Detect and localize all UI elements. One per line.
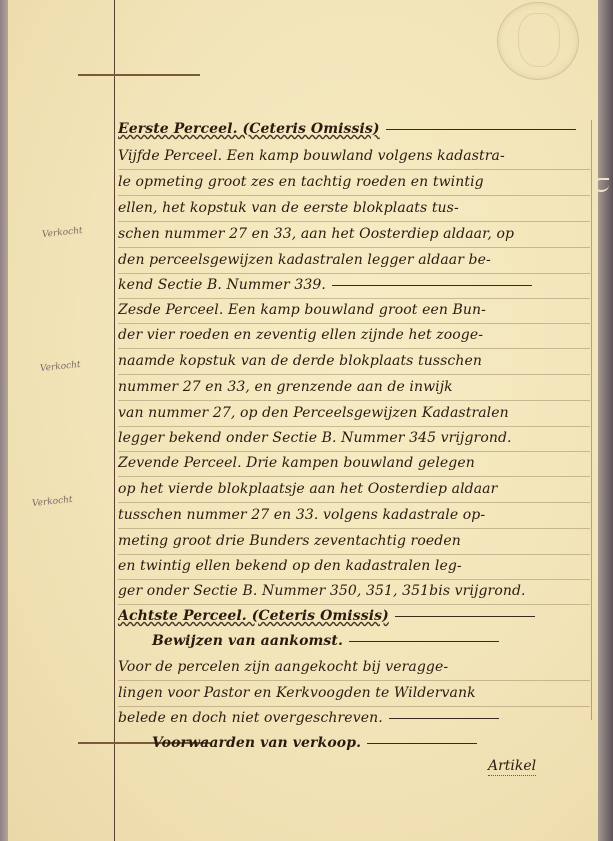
heading-eerste-perceel: Eerste Perceel. (Ceteris Omissis) [118, 116, 590, 142]
line-text: belede en doch niet overgeschreven. [118, 710, 383, 726]
margin-rule [114, 0, 115, 841]
line-text: kend Sectie B. Nummer 339. [118, 277, 326, 293]
heading-achtste-perceel: Achtste Perceel. (Ceteris Omissis) [118, 603, 590, 629]
text-line: tusschen nummer 27 en 33. volgens kadast… [118, 502, 590, 529]
binding-string [593, 178, 609, 192]
line-text: Achtste Perceel. (Ceteris Omissis) [118, 608, 389, 624]
artikel-heading: Artikel [488, 758, 536, 776]
text-line: en twintig ellen bekend op den kadastral… [118, 553, 590, 580]
line-text: Eerste Perceel. (Ceteris Omissis) [118, 121, 380, 137]
text-line: schen nummer 27 en 33, aan het Oosterdie… [118, 221, 590, 248]
seal-crest-icon [518, 13, 560, 67]
top-divider [78, 74, 200, 76]
text-line: op het vierde blokplaatsje aan het Ooste… [118, 476, 590, 503]
text-line: Voor de percelen zijn aangekocht bij ver… [118, 654, 590, 681]
text-line: ellen, het kopstuk van de eerste blokpla… [118, 195, 590, 222]
line-filler [395, 616, 535, 617]
text-line: Zevende Perceel. Drie kampen bouwland ge… [118, 450, 590, 477]
line-text: Voorwaarden van verkoop. [152, 735, 361, 751]
text-line: naamde kopstuk van de derde blokplaats t… [118, 348, 590, 375]
text-line: den perceelsgewijzen kadastralen legger … [118, 247, 590, 274]
text-line: kend Sectie B. Nummer 339. [118, 272, 590, 299]
page-right-edge [598, 0, 613, 841]
text-line: belede en doch niet overgeschreven. [118, 705, 590, 731]
heading-voorwaarden-van-verkoop: Voorwaarden van verkoop. [118, 730, 590, 756]
text-line: der vier roeden en zeventig ellen zijnde… [118, 322, 590, 349]
line-filler [332, 285, 532, 286]
text-line: legger bekend onder Sectie B. Nummer 345… [118, 425, 590, 452]
heading-bewijzen-van-aankomst: Bewijzen van aankomst. [118, 628, 590, 654]
line-filler [389, 718, 499, 719]
text-line: van nummer 27, op den Perceelsgewijzen K… [118, 400, 590, 427]
text-line: Vijfde Perceel. Een kamp bouwland volgen… [118, 143, 590, 170]
line-filler [386, 129, 576, 130]
line-filler [367, 743, 477, 744]
text-line: meting groot drie Bunders zeventachtig r… [118, 528, 590, 555]
text-line: lingen voor Pastor en Kerkvoogden te Wil… [118, 680, 590, 707]
text-line: Zesde Perceel. Een kamp bouwland groot e… [118, 297, 590, 324]
line-text: Bewijzen van aankomst. [152, 633, 343, 649]
text-line: le opmeting groot zes en tachtig roeden … [118, 169, 590, 196]
right-margin-rule [591, 120, 592, 720]
embossed-seal [497, 2, 579, 80]
text-line: ger onder Sectie B. Nummer 350, 351, 351… [118, 578, 590, 605]
text-line: nummer 27 en 33, en grenzende aan de inw… [118, 374, 590, 401]
line-filler [349, 641, 499, 642]
